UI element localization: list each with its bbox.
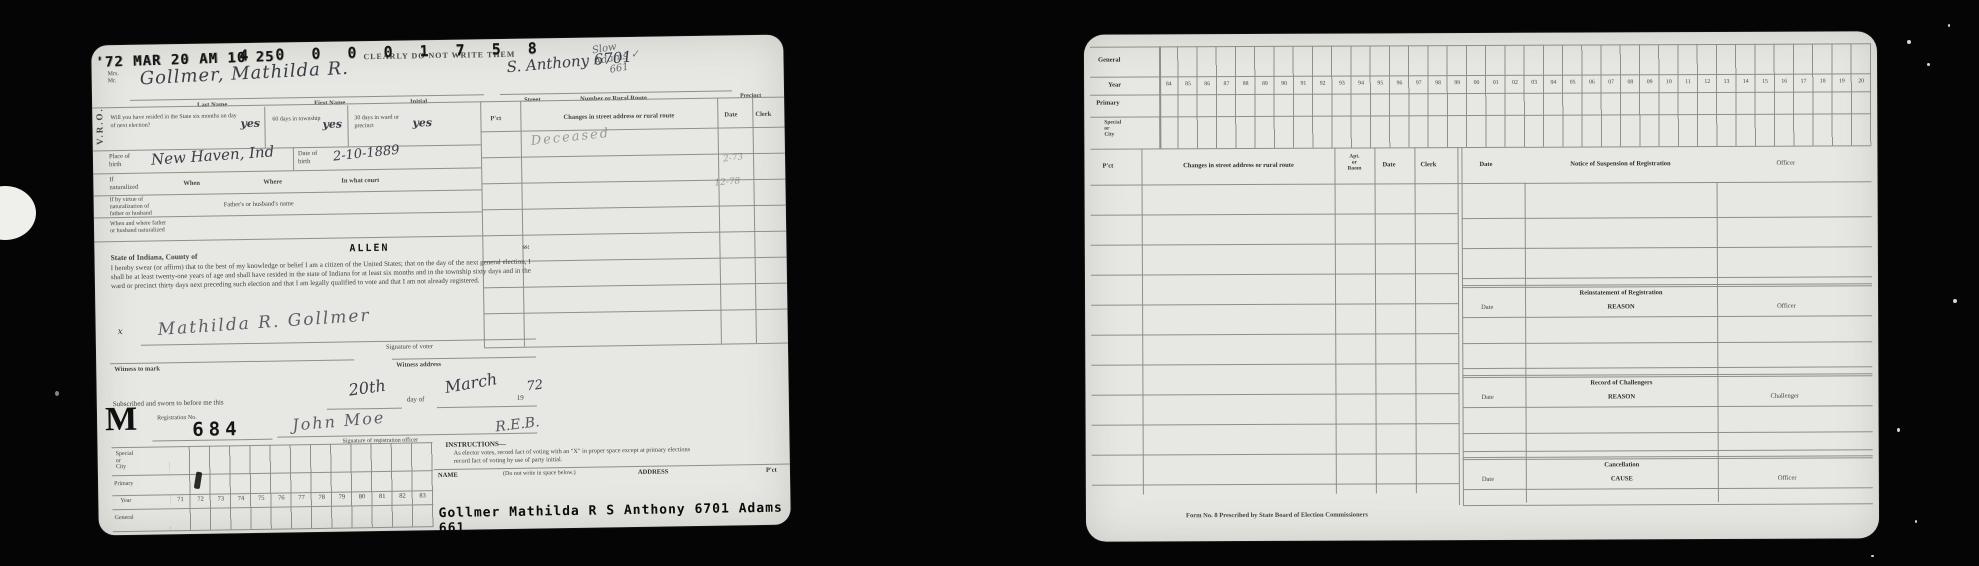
rule: [1091, 213, 1458, 216]
signature-of-voter-label: Signature of voter: [386, 343, 433, 351]
when-label: When: [183, 180, 200, 187]
divider: [264, 107, 266, 148]
column-rule: [520, 101, 525, 347]
primary-row-label: Primary: [1096, 100, 1119, 107]
rule: [1463, 431, 1873, 434]
year-cell: 93: [1332, 81, 1351, 87]
year-cell: 77: [291, 494, 311, 501]
rule: [482, 205, 786, 211]
year-prefix-label: 19: [517, 394, 524, 402]
general-row-label: General: [1098, 57, 1120, 64]
apt-or-room-header: Apt. or Room: [1336, 153, 1372, 171]
pct-header: P'ct: [490, 115, 501, 122]
year-row-label: Year: [120, 498, 131, 504]
special-or-city-row-label: Special or City: [1104, 120, 1121, 138]
year-cell: 08: [1621, 79, 1640, 85]
year-cell: 96: [1390, 80, 1409, 86]
suspension-date-header: Date: [1479, 161, 1492, 168]
oath-text: I hereby swear (or affirm) that to the b…: [111, 258, 531, 292]
year-cell: 18: [1813, 78, 1832, 84]
film-speck: [1907, 40, 1911, 44]
film-speck: [1897, 428, 1900, 432]
rule: [483, 309, 787, 315]
rule: [1091, 363, 1458, 366]
year-cell: 19: [1832, 78, 1851, 84]
rule: [1091, 181, 1872, 185]
sworn-month-handwritten: March: [443, 369, 498, 397]
reinstatement-date-header: Date: [1481, 304, 1493, 311]
year-cell: 88: [1236, 81, 1255, 87]
year-cell: 74: [231, 495, 251, 502]
answer-six-months: yes: [240, 117, 260, 130]
answer-30-days: yes: [412, 116, 432, 129]
rule: [484, 343, 788, 349]
year-cell: 17: [1794, 79, 1813, 85]
sworn-day-handwritten: 20th: [347, 376, 386, 400]
pct-header: P'ct: [1102, 163, 1113, 170]
rule: [1374, 147, 1377, 493]
note-date-2: 12-78: [714, 176, 741, 188]
cancellation-title: Cancellation: [1526, 461, 1718, 469]
challengers-reason-header: REASON: [1525, 393, 1717, 401]
year-cell: 98: [1428, 80, 1447, 86]
name-column-header: NAME: [438, 472, 458, 479]
rule: [1092, 453, 1459, 456]
rule: [1463, 405, 1873, 408]
general-row-label: General: [115, 515, 134, 521]
year-cell: 73: [211, 495, 231, 502]
rule: [1091, 243, 1458, 246]
state-county-label: State of Indiana, County of: [110, 252, 197, 262]
cancellation-cause-header: CAUSE: [1526, 475, 1718, 483]
reinstatement-title: Reinstatement of Registration: [1525, 289, 1717, 297]
rule: [1462, 366, 1872, 369]
special-or-city-row-label: Special or City: [116, 451, 134, 471]
year-cell: 02: [1505, 80, 1524, 86]
year-cell: 87: [1217, 81, 1236, 87]
vote-grid-cells: [169, 442, 433, 530]
place-of-birth-label: Place of birth: [109, 153, 130, 169]
rule: [1462, 276, 1872, 279]
rule: [1091, 303, 1458, 306]
do-not-write-note: (Do not write in space below.): [503, 470, 576, 477]
year-cell: 95: [1371, 80, 1390, 86]
year-cell: 07: [1601, 79, 1620, 85]
rule: [1463, 487, 1873, 490]
year-cell: 03: [1525, 80, 1544, 86]
rule: [1092, 423, 1459, 426]
question-30-days: 30 days in ward or precinct: [354, 114, 414, 130]
clerk-header: Clerk: [1420, 161, 1436, 168]
year-cell: 13: [1717, 79, 1736, 85]
year-cell: 82: [392, 492, 412, 499]
year-cell: 10: [1659, 79, 1678, 85]
year-cell: 89: [1255, 81, 1274, 87]
year-cell: 01: [1486, 80, 1505, 86]
if-naturalized-label: If naturalized: [109, 176, 138, 192]
cancellation-officer-header: Officer: [1778, 475, 1797, 482]
rule: [434, 464, 790, 471]
year-cell: 75: [251, 495, 271, 502]
rule: [437, 406, 537, 409]
rule: [481, 127, 785, 133]
question-60-days: 60 days in township: [272, 116, 324, 124]
challenger-header: Challenger: [1770, 393, 1799, 400]
year-cell: 92: [1313, 81, 1332, 87]
name-rule: [130, 94, 484, 101]
rule: [1457, 147, 1460, 505]
father-naturalized-label: When and where father or husband natural…: [110, 220, 166, 235]
address-column-header: ADDRESS: [638, 468, 668, 475]
year-row-label: Year: [1108, 82, 1121, 89]
rule: [1462, 341, 1872, 344]
year-cell: 90: [1275, 81, 1294, 87]
sworn-year-handwritten: 72: [526, 378, 544, 395]
year-cell: 86: [1198, 81, 1217, 87]
year-cell: 85: [1178, 81, 1197, 87]
year-cell: 14: [1736, 79, 1755, 85]
year-cell: 91: [1294, 81, 1313, 87]
witness-rule: [110, 359, 354, 364]
clerk-header: Clerk: [755, 111, 771, 118]
primary-row-label: Primary: [114, 481, 133, 487]
rule: [1463, 503, 1873, 506]
year-cell: 99: [1448, 80, 1467, 86]
year-cell: 81: [372, 493, 392, 500]
witness-address-rule: [392, 357, 536, 360]
rule: [1463, 449, 1873, 452]
suspension-title: Notice of Suspension of Registration: [1524, 160, 1716, 168]
day-of-label: day of: [407, 395, 425, 403]
film-speck: [1953, 299, 1957, 303]
year-cell: 15: [1755, 79, 1774, 85]
year-cell: 84: [1159, 81, 1178, 87]
instructions-title: INSTRUCTIONS—: [445, 440, 505, 449]
cancellation-date-header: Date: [1482, 476, 1494, 483]
year-cell: 72: [190, 496, 210, 503]
column-rule: [480, 101, 485, 347]
rule: [1141, 148, 1144, 494]
rule: [1462, 246, 1872, 249]
date-header: Date: [1382, 161, 1395, 168]
light-leak-blob: [0, 186, 36, 240]
rule: [1414, 147, 1417, 493]
rule: [1462, 216, 1872, 219]
film-speck: [55, 391, 59, 396]
year-cell: 20: [1852, 78, 1871, 84]
year-cell: 00: [1467, 80, 1486, 86]
where-label: Where: [263, 178, 282, 185]
signature-x-mark: x: [118, 327, 123, 337]
reinstatement-reason-header: REASON: [1525, 303, 1717, 311]
voter-signature: Mathilda R. Gollmer: [157, 306, 371, 340]
signature-rule: [141, 339, 536, 346]
film-speck: [1948, 24, 1950, 27]
answer-60-days: yes: [322, 118, 342, 131]
changes-header: Changes in street address or rural route: [1146, 162, 1330, 170]
changes-header: Changes in street address or rural route: [522, 112, 715, 122]
year-cell: 12: [1698, 79, 1717, 85]
year-cell: 04: [1544, 80, 1563, 86]
year-cell: 16: [1775, 79, 1794, 85]
rule: [1091, 273, 1458, 276]
year-cell: 09: [1640, 79, 1659, 85]
grid-cells: [1159, 43, 1871, 148]
year-cell: 97: [1409, 80, 1428, 86]
rule: [1334, 148, 1337, 494]
year-cell: 71: [170, 496, 190, 503]
note-date-1: 2-73: [723, 152, 744, 164]
year-cell: 76: [271, 494, 291, 501]
registration-number: 684: [192, 418, 242, 441]
in-what-court-label: In what court: [341, 177, 379, 185]
microfilm-frame: V.R.O. '72 MAR 20 AM 10 25 CLEARLY DO NO…: [0, 0, 1979, 566]
year-cell: 78: [312, 494, 332, 501]
witness-to-mark-label: Witness to mark: [114, 365, 160, 373]
rule: [94, 189, 482, 196]
deceased-note: Deceased: [530, 126, 611, 149]
divider: [293, 147, 294, 170]
vro-label: V.R.O.: [94, 107, 105, 145]
rule: [482, 231, 786, 237]
year-cell: 11: [1678, 79, 1697, 85]
form-number-note: Form No. 8 Prescribed by State Board of …: [1186, 511, 1368, 519]
film-speck: [1871, 555, 1874, 557]
rule: [1092, 483, 1459, 486]
film-speck: [1927, 63, 1930, 66]
rule: [94, 211, 482, 218]
divider: [347, 105, 349, 146]
column-rule: [752, 97, 757, 343]
year-cell: 79: [332, 493, 352, 500]
rule: [1462, 315, 1872, 318]
father-name-label: Father's or husband's name: [224, 200, 294, 208]
suspension-officer-header: Officer: [1776, 160, 1795, 167]
pct-column-header: P'ct: [766, 467, 777, 474]
date-header: Date: [724, 111, 737, 118]
rule: [1091, 393, 1458, 396]
challengers-date-header: Date: [1481, 394, 1493, 401]
year-cell: 80: [352, 493, 372, 500]
reinstatement-officer-header: Officer: [1777, 303, 1796, 310]
rule: [1091, 333, 1458, 336]
place-of-birth-value: New Haven, Ind: [150, 142, 274, 168]
blank-form-8-card: General Year Primary Special or City 848…: [1084, 31, 1879, 541]
rule: [94, 235, 482, 242]
year-cell: 83: [413, 492, 433, 499]
year-cell: 05: [1563, 80, 1582, 86]
challengers-title: Record of Challengers: [1525, 379, 1717, 387]
officer-signature: John Moe: [291, 408, 386, 435]
typed-index-line: Gollmer Mathilda R S Anthony 6701 Adams …: [438, 501, 790, 537]
question-six-months: Will you have resided in the State six m…: [110, 113, 238, 130]
witness-address-label: Witness address: [396, 361, 441, 369]
date-of-birth-label: Date of birth: [298, 150, 318, 166]
rule: [152, 439, 272, 442]
ss-label: ss:: [522, 244, 529, 251]
m-stamp: M: [105, 401, 138, 439]
county-stamp: ALLEN: [349, 243, 389, 255]
name-prefix-label: Mrs. Mr.: [108, 71, 119, 85]
year-cell: 94: [1351, 80, 1370, 86]
column-rule: [717, 98, 722, 344]
registration-no-label: Registration No.: [157, 415, 197, 422]
year-cell: 06: [1582, 79, 1601, 85]
father-husband-label: If by virtue of naturalization of father…: [110, 197, 152, 218]
voter-registration-card: V.R.O. '72 MAR 20 AM 10 25 CLEARLY DO NO…: [91, 35, 791, 536]
film-speck: [1915, 520, 1917, 523]
